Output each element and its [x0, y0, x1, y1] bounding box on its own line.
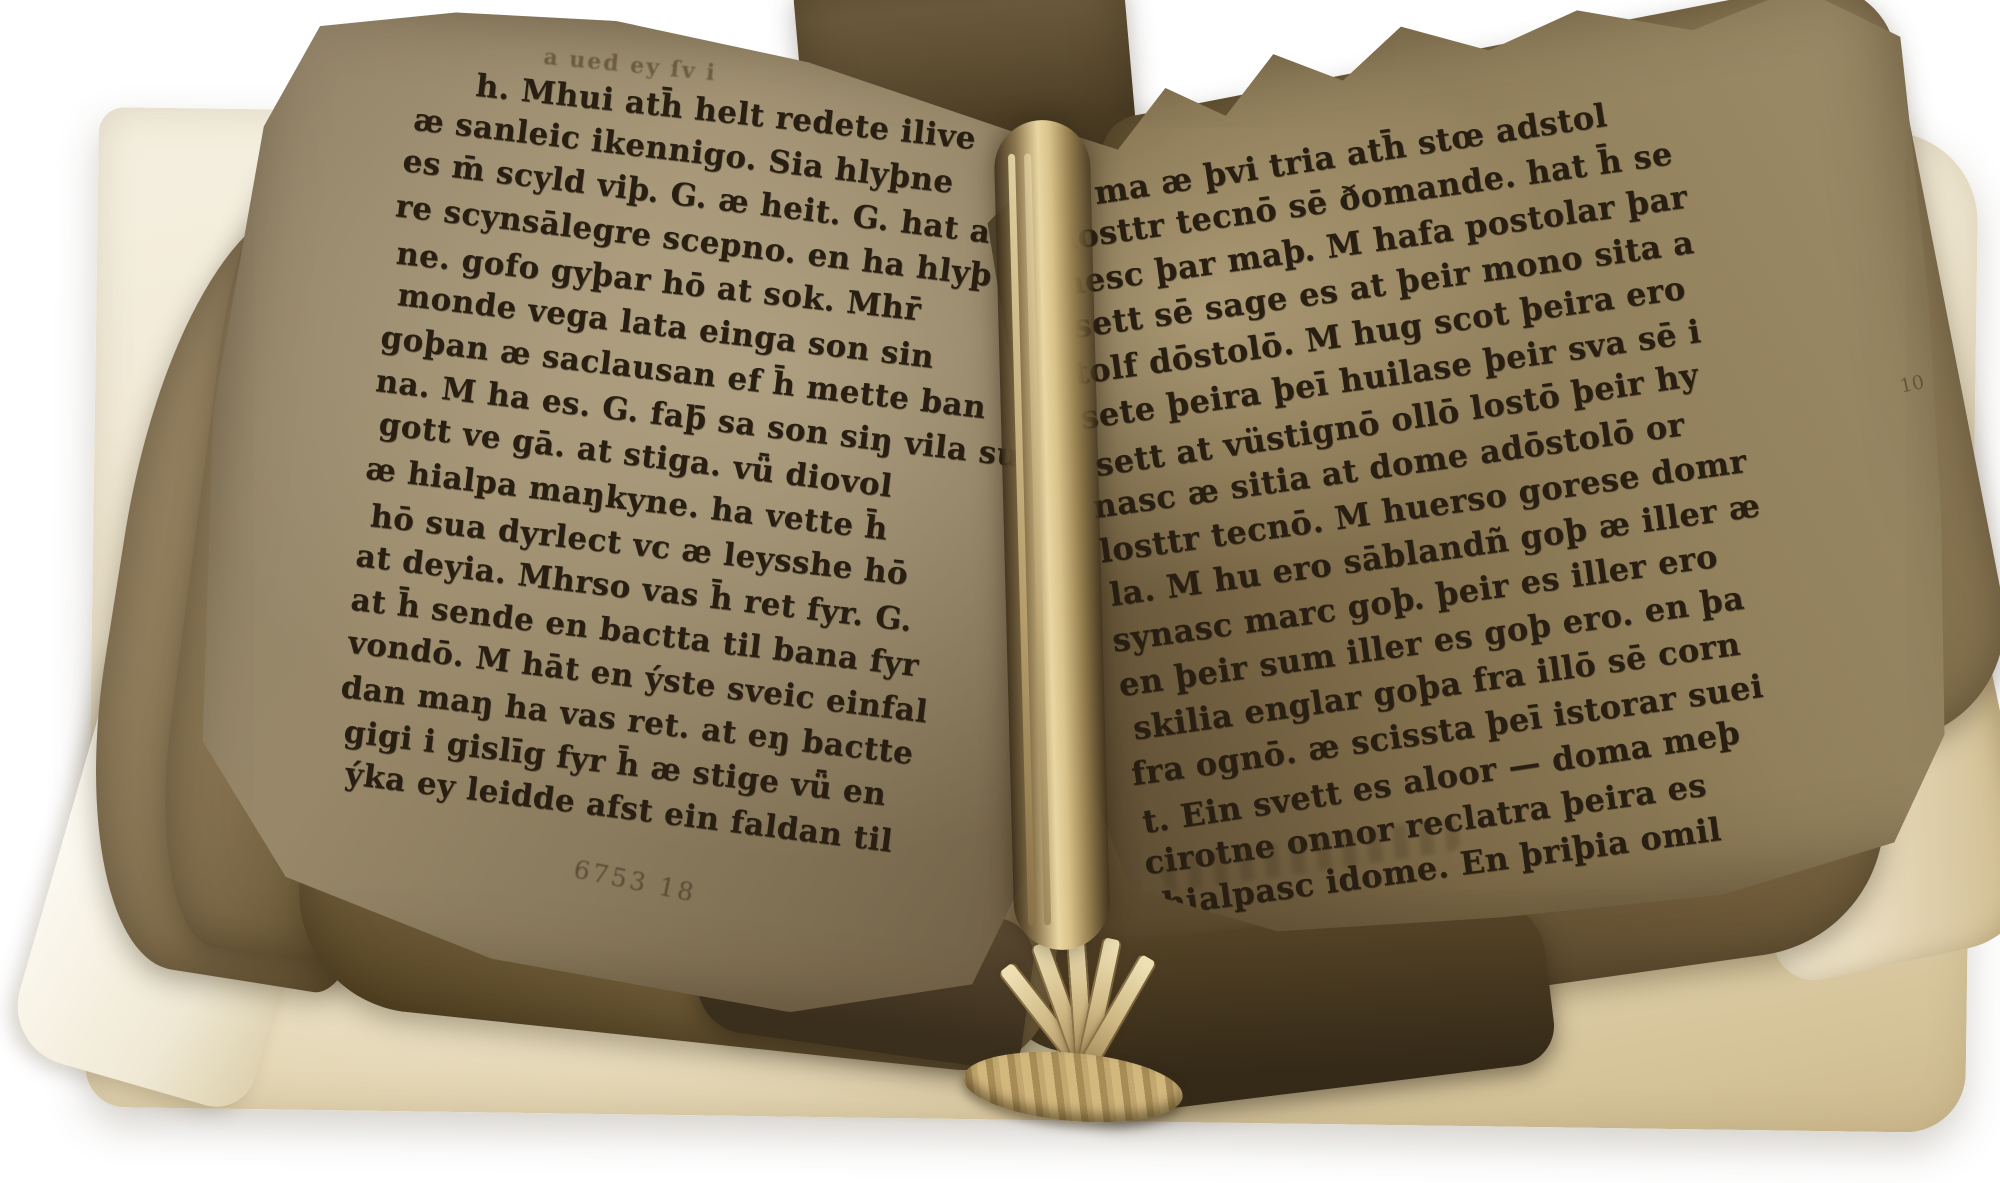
right-page-text: ma æ þvi tria ath̄ stœ adstol losttr tec… — [1045, 66, 1906, 932]
sewing-thread-coil — [960, 1044, 1185, 1131]
faint-margin-numeral: 10 — [1898, 371, 1926, 398]
left-page-text: a ued ey ſv i h. Mhui ath̄ helt redete i… — [328, 24, 1092, 874]
manuscript-photo: a ued ey ſv i h. Mhui ath̄ helt redete i… — [0, 0, 2000, 1183]
right-manuscript-page: ma æ þvi tria ath̄ stœ adstol losttr tec… — [968, 0, 2000, 985]
left-text-lines: h. Mhui ath̄ helt redete ilive æ sanleic… — [328, 54, 1088, 874]
faint-shelfmark: 6753 18 — [571, 855, 699, 908]
